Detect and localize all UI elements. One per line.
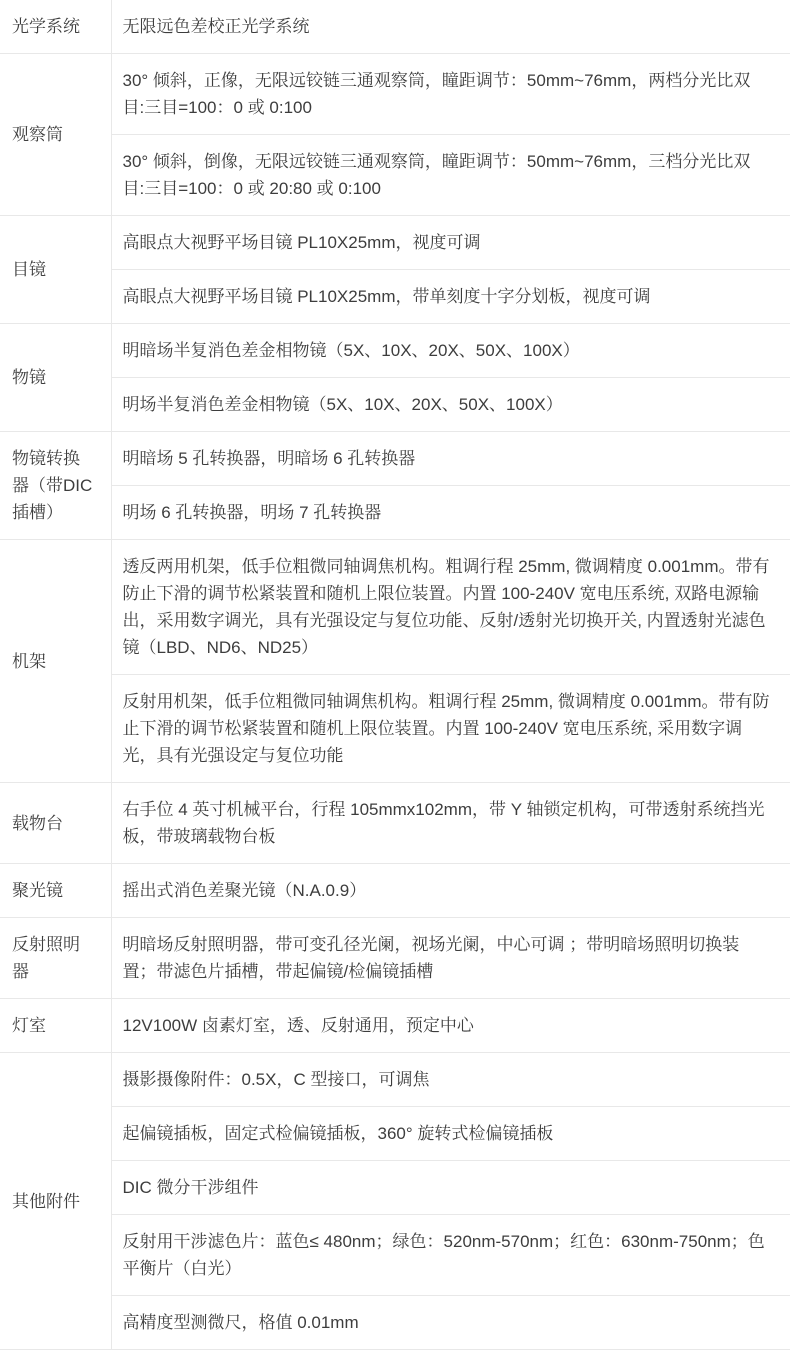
spec-cell-value: 12V100W 卤素灯室，透、反射通用，预定中心 xyxy=(111,999,790,1053)
spec-cell-value: 明暗场反射照明器，带可变孔径光阑，视场光阑，中心可调 ；带明暗场照明切换装置；带… xyxy=(111,918,790,999)
spec-cell-value: 明场 6 孔转换器，明场 7 孔转换器 xyxy=(111,486,790,540)
spec-row: 反射照明器明暗场反射照明器，带可变孔径光阑，视场光阑，中心可调 ；带明暗场照明切… xyxy=(0,918,790,999)
spec-row: 起偏镜插板，固定式检偏镜插板，360° 旋转式检偏镜插板 xyxy=(0,1107,790,1161)
spec-section-label: 其他附件 xyxy=(0,1053,111,1350)
spec-row: 目镜高眼点大视野平场目镜 PL10X25mm，视度可调 xyxy=(0,216,790,270)
spec-row: 反射用机架，低手位粗微同轴调焦机构。粗调行程 25mm, 微调精度 0.001m… xyxy=(0,675,790,783)
spec-cell-value: 摇出式消色差聚光镜（N.A.0.9） xyxy=(111,864,790,918)
spec-row: 机架透反两用机架，低手位粗微同轴调焦机构。粗调行程 25mm, 微调精度 0.0… xyxy=(0,540,790,675)
spec-section-label: 载物台 xyxy=(0,783,111,864)
spec-section-label: 反射照明器 xyxy=(0,918,111,999)
spec-row: 30° 倾斜，倒像，无限远铰链三通观察筒，瞳距调节：50mm~76mm，三档分光… xyxy=(0,135,790,216)
spec-row: 光学系统无限远色差校正光学系统 xyxy=(0,0,790,54)
spec-cell-value: 起偏镜插板，固定式检偏镜插板，360° 旋转式检偏镜插板 xyxy=(111,1107,790,1161)
spec-section-label: 观察筒 xyxy=(0,54,111,216)
spec-cell-value: 高眼点大视野平场目镜 PL10X25mm，带单刻度十字分划板，视度可调 xyxy=(111,270,790,324)
spec-cell-value: 摄影摄像附件：0.5X，C 型接口，可调焦 xyxy=(111,1053,790,1107)
spec-section-label: 物镜 xyxy=(0,324,111,432)
spec-page: 光学系统无限远色差校正光学系统观察筒30° 倾斜，正像，无限远铰链三通观察筒，瞳… xyxy=(0,0,790,1350)
spec-section-label: 聚光镜 xyxy=(0,864,111,918)
spec-row: 观察筒30° 倾斜，正像，无限远铰链三通观察筒，瞳距调节：50mm~76mm，两… xyxy=(0,54,790,135)
spec-section-label: 机架 xyxy=(0,540,111,783)
spec-row: 其他附件摄影摄像附件：0.5X，C 型接口，可调焦 xyxy=(0,1053,790,1107)
spec-cell-value: 无限远色差校正光学系统 xyxy=(111,0,790,54)
spec-row: 明场半复消色差金相物镜（5X、10X、20X、50X、100X） xyxy=(0,378,790,432)
spec-table-body: 光学系统无限远色差校正光学系统观察筒30° 倾斜，正像，无限远铰链三通观察筒，瞳… xyxy=(0,0,790,1350)
spec-cell-value: 反射用干涉滤色片：蓝色≤ 480nm；绿色：520nm-570nm；红色：630… xyxy=(111,1215,790,1296)
spec-section-label: 物镜转换器（带DIC插槽） xyxy=(0,432,111,540)
spec-section-label: 目镜 xyxy=(0,216,111,324)
spec-cell-value: 右手位 4 英寸机械平台，行程 105mmx102mm，带 Y 轴锁定机构，可带… xyxy=(111,783,790,864)
spec-row: 载物台右手位 4 英寸机械平台，行程 105mmx102mm，带 Y 轴锁定机构… xyxy=(0,783,790,864)
spec-row: 高精度型测微尺，格值 0.01mm xyxy=(0,1296,790,1350)
spec-row: 灯室12V100W 卤素灯室，透、反射通用，预定中心 xyxy=(0,999,790,1053)
spec-row: 物镜转换器（带DIC插槽）明暗场 5 孔转换器，明暗场 6 孔转换器 xyxy=(0,432,790,486)
spec-row: 反射用干涉滤色片：蓝色≤ 480nm；绿色：520nm-570nm；红色：630… xyxy=(0,1215,790,1296)
spec-cell-value: 反射用机架，低手位粗微同轴调焦机构。粗调行程 25mm, 微调精度 0.001m… xyxy=(111,675,790,783)
spec-cell-value: 高眼点大视野平场目镜 PL10X25mm，视度可调 xyxy=(111,216,790,270)
spec-cell-value: 透反两用机架，低手位粗微同轴调焦机构。粗调行程 25mm, 微调精度 0.001… xyxy=(111,540,790,675)
spec-cell-value: 高精度型测微尺，格值 0.01mm xyxy=(111,1296,790,1350)
spec-row: 物镜明暗场半复消色差金相物镜（5X、10X、20X、50X、100X） xyxy=(0,324,790,378)
spec-table: 光学系统无限远色差校正光学系统观察筒30° 倾斜，正像，无限远铰链三通观察筒，瞳… xyxy=(0,0,790,1350)
spec-row: 高眼点大视野平场目镜 PL10X25mm，带单刻度十字分划板，视度可调 xyxy=(0,270,790,324)
spec-cell-value: 明暗场半复消色差金相物镜（5X、10X、20X、50X、100X） xyxy=(111,324,790,378)
spec-section-label: 灯室 xyxy=(0,999,111,1053)
spec-cell-value: 明场半复消色差金相物镜（5X、10X、20X、50X、100X） xyxy=(111,378,790,432)
spec-cell-value: 30° 倾斜，倒像，无限远铰链三通观察筒，瞳距调节：50mm~76mm，三档分光… xyxy=(111,135,790,216)
spec-row: 聚光镜摇出式消色差聚光镜（N.A.0.9） xyxy=(0,864,790,918)
spec-row: 明场 6 孔转换器，明场 7 孔转换器 xyxy=(0,486,790,540)
spec-cell-value: 30° 倾斜，正像，无限远铰链三通观察筒，瞳距调节：50mm~76mm，两档分光… xyxy=(111,54,790,135)
spec-cell-value: DIC 微分干涉组件 xyxy=(111,1161,790,1215)
spec-cell-value: 明暗场 5 孔转换器，明暗场 6 孔转换器 xyxy=(111,432,790,486)
spec-row: DIC 微分干涉组件 xyxy=(0,1161,790,1215)
spec-section-label: 光学系统 xyxy=(0,0,111,54)
